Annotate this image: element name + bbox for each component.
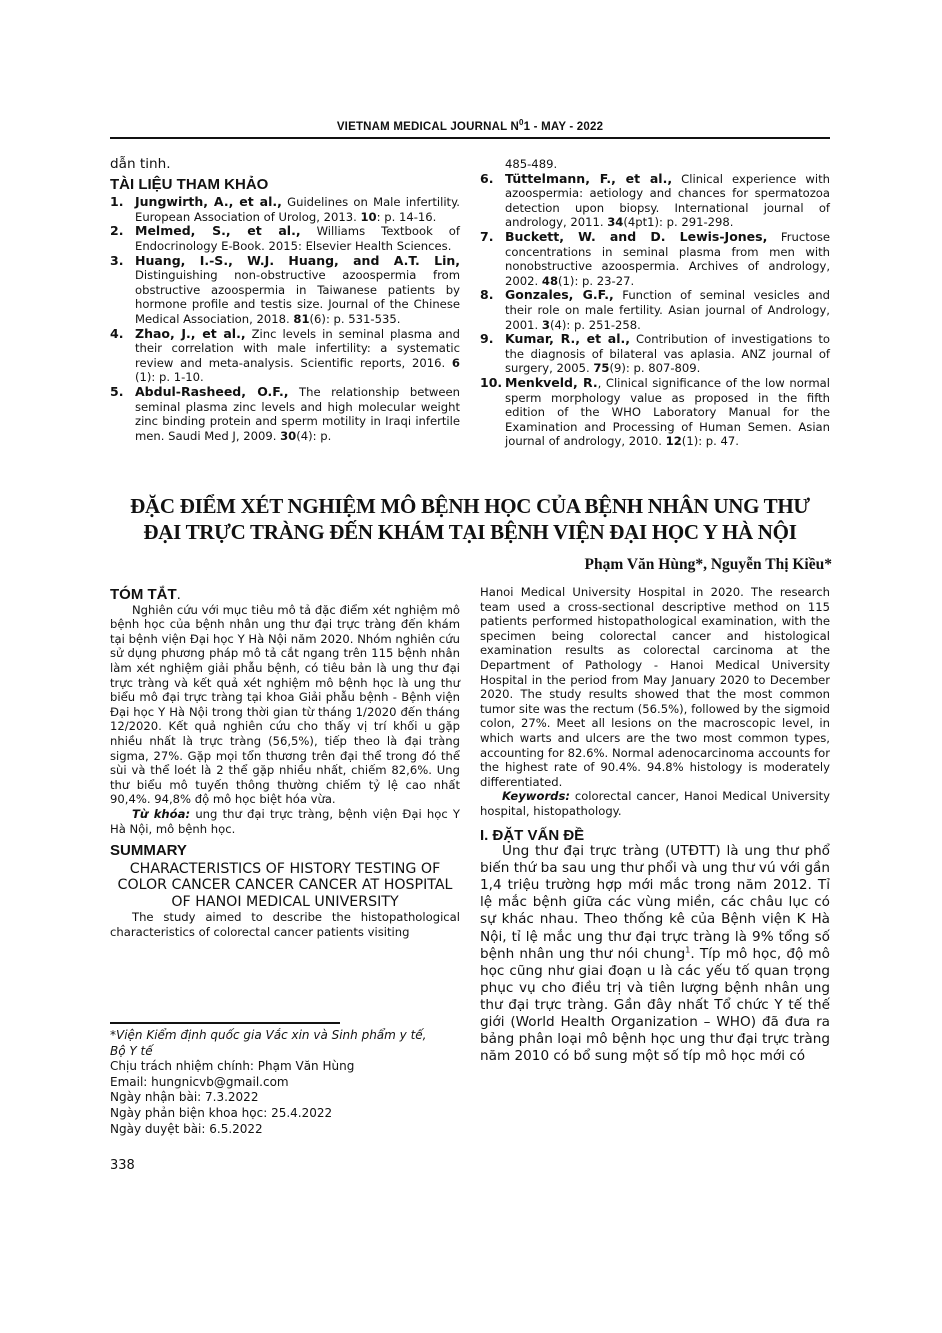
carryover-text: dẫn tinh.	[110, 157, 460, 172]
reference-volume: 81	[293, 312, 309, 326]
reference-authors: Abdul-Rasheed, O.F.,	[135, 384, 289, 399]
reference-authors: Tüttelmann, F., et al.,	[505, 171, 672, 186]
reference-authors: Zhao, J., et al.,	[135, 326, 246, 341]
footnote-rule	[110, 1022, 340, 1024]
reference-pages: (1): p. 47.	[682, 434, 739, 448]
reference-number: 8.	[480, 288, 505, 332]
header-rule	[110, 137, 830, 139]
date-received: Ngày nhận bài: 7.3.2022	[110, 1090, 460, 1106]
keywords-vi: Từ khóa: ung thư đại trực tràng, bệnh vi…	[110, 807, 460, 836]
affiliation-line-2: Bộ Y tế	[110, 1044, 460, 1060]
reference-pages: (4pt1): p. 291-298.	[623, 215, 733, 229]
reference-pages: (9): p. 807-809.	[609, 361, 700, 375]
reference-number: 1.	[110, 195, 135, 224]
reference-pages: (4): p. 251-258.	[550, 318, 641, 332]
article-title-line-2: ĐẠI TRỰC TRÀNG ĐẾN KHÁM TẠI BỆNH VIỆN ĐẠ…	[110, 519, 830, 545]
reference-item: 4. Zhao, J., et al., Zinc levels in semi…	[110, 327, 460, 385]
reference-number: 6.	[480, 172, 505, 230]
keywords-en: Keywords: colorectal cancer, Hanoi Medic…	[480, 789, 830, 818]
reference-number: 3.	[110, 254, 135, 327]
prev-article-left-column: dẫn tinh. TÀI LIỆU THAM KHẢO 1. Jungwirt…	[110, 157, 460, 443]
intro-text-part1: Ung thư đại trực tràng (UTĐTT) là ung th…	[480, 843, 830, 962]
reference-number: 2.	[110, 224, 135, 253]
reference-number: 9.	[480, 332, 505, 376]
summary-heading: SUMMARY	[110, 844, 460, 859]
date-reviewed: Ngày phản biện khoa học: 25.4.2022	[110, 1106, 460, 1122]
reference-volume: 34	[607, 215, 623, 229]
reference-volume: 10	[360, 210, 376, 224]
reference-volume: 75	[593, 361, 609, 375]
summary-title: CHARACTERISTICS OF HISTORY TESTING OF CO…	[110, 861, 460, 911]
reference-item: 8. Gonzales, G.F., Function of seminal v…	[480, 288, 830, 332]
summary-text-part2: Hanoi Medical University Hospital in 202…	[480, 585, 830, 789]
reference-item: 3. Huang, I.-S., W.J. Huang, and A.T. Li…	[110, 254, 460, 327]
abstract-vi-heading-text: TÓM TẮT	[110, 586, 177, 603]
reference-authors: Menkveld, R.	[505, 375, 598, 390]
affiliation-line-1: *Viện Kiểm định quốc gia Vắc xin và Sinh…	[110, 1028, 460, 1044]
reference-volume: 6	[452, 356, 460, 370]
abstract-vi-heading-dot: .	[177, 586, 181, 603]
article-authors: Phạm Văn Hùng*, Nguyễn Thị Kiều*	[585, 556, 833, 574]
reference-item: 9. Kumar, R., et al., Contribution of in…	[480, 332, 830, 376]
reference-text: 485-489.	[505, 157, 830, 172]
article-title: ĐẶC ĐIỂM XÉT NGHIỆM MÔ BỆNH HỌC CỦA BỆNH…	[110, 493, 830, 545]
page-number: 338	[110, 1158, 135, 1173]
article-left-column: TÓM TẮT. Nghiên cứu với mục tiêu mô tả đ…	[110, 588, 460, 939]
issue-info: 1 - MAY - 2022	[524, 121, 604, 133]
journal-name: VIETNAM MEDICAL JOURNAL N	[337, 121, 519, 133]
keywords-vi-label: Từ khóa:	[132, 807, 190, 821]
abstract-vi-text: Nghiên cứu với mục tiêu mô tả đặc điểm x…	[110, 603, 460, 807]
prev-article-right-column: 485-489. 6. Tüttelmann, F., et al., Clin…	[480, 157, 830, 449]
reference-authors: Kumar, R., et al.,	[505, 331, 630, 346]
reference-number	[480, 157, 505, 172]
reference-item: 6. Tüttelmann, F., et al., Clinical expe…	[480, 172, 830, 230]
email: Email: hungnicvb@gmail.com	[110, 1075, 460, 1091]
reference-authors: Melmed, S., et al.,	[135, 223, 301, 238]
reference-number: 10.	[480, 376, 505, 449]
date-approved: Ngày duyệt bài: 6.5.2022	[110, 1122, 460, 1138]
reference-continuation: 485-489.	[480, 157, 830, 172]
reference-pages: (1): p. 1-10.	[135, 370, 204, 384]
reference-volume: 48	[542, 274, 558, 288]
reference-pages: (1): p. 23-27.	[558, 274, 634, 288]
article-right-column: Hanoi Medical University Hospital in 202…	[480, 585, 830, 1065]
reference-authors: Buckett, W. and D. Lewis-Jones,	[505, 229, 767, 244]
reference-item: 10. Menkveld, R., Clinical significance …	[480, 376, 830, 449]
reference-item: 5. Abdul-Rasheed, O.F., The relationship…	[110, 385, 460, 443]
reference-number: 7.	[480, 230, 505, 288]
reference-authors: Gonzales, G.F.,	[505, 287, 614, 302]
reference-item: 7. Buckett, W. and D. Lewis-Jones, Fruct…	[480, 230, 830, 288]
intro-heading: I. ĐẶT VẤN ĐỀ	[480, 829, 830, 844]
running-header: VIETNAM MEDICAL JOURNAL N01 - MAY - 2022	[110, 121, 830, 133]
reference-item: 2. Melmed, S., et al., Williams Textbook…	[110, 224, 460, 253]
keywords-en-label: Keywords:	[502, 789, 570, 803]
reference-volume: 12	[666, 434, 682, 448]
article-title-line-1: ĐẶC ĐIỂM XÉT NGHIỆM MÔ BỆNH HỌC CỦA BỆNH…	[110, 493, 830, 519]
intro-text: Ung thư đại trực tràng (UTĐTT) là ung th…	[480, 843, 830, 1065]
footnote: *Viện Kiểm định quốc gia Vắc xin và Sinh…	[110, 1028, 460, 1137]
reference-item: 1. Jungwirth, A., et al., Guidelines on …	[110, 195, 460, 224]
reference-volume: 30	[280, 429, 296, 443]
reference-number: 4.	[110, 327, 135, 385]
references-heading: TÀI LIỆU THAM KHẢO	[110, 178, 460, 193]
reference-pages: (6): p. 531-535.	[310, 312, 401, 326]
reference-authors: Huang, I.-S., W.J. Huang, and A.T. Lin,	[135, 253, 460, 268]
reference-authors: Jungwirth, A., et al.,	[135, 194, 282, 209]
reference-pages: (4): p.	[296, 429, 331, 443]
reference-pages: : p. 14-16.	[377, 210, 437, 224]
reference-volume: 3	[542, 318, 550, 332]
intro-text-part2: . Típ mô học, độ mô học cũng như giai đo…	[480, 946, 830, 1065]
abstract-vi-heading: TÓM TẮT.	[110, 588, 460, 603]
reference-number: 5.	[110, 385, 135, 443]
summary-text-part1: The study aimed to describe the histopat…	[110, 910, 460, 939]
responsible-author: Chịu trách nhiệm chính: Phạm Văn Hùng	[110, 1059, 460, 1075]
